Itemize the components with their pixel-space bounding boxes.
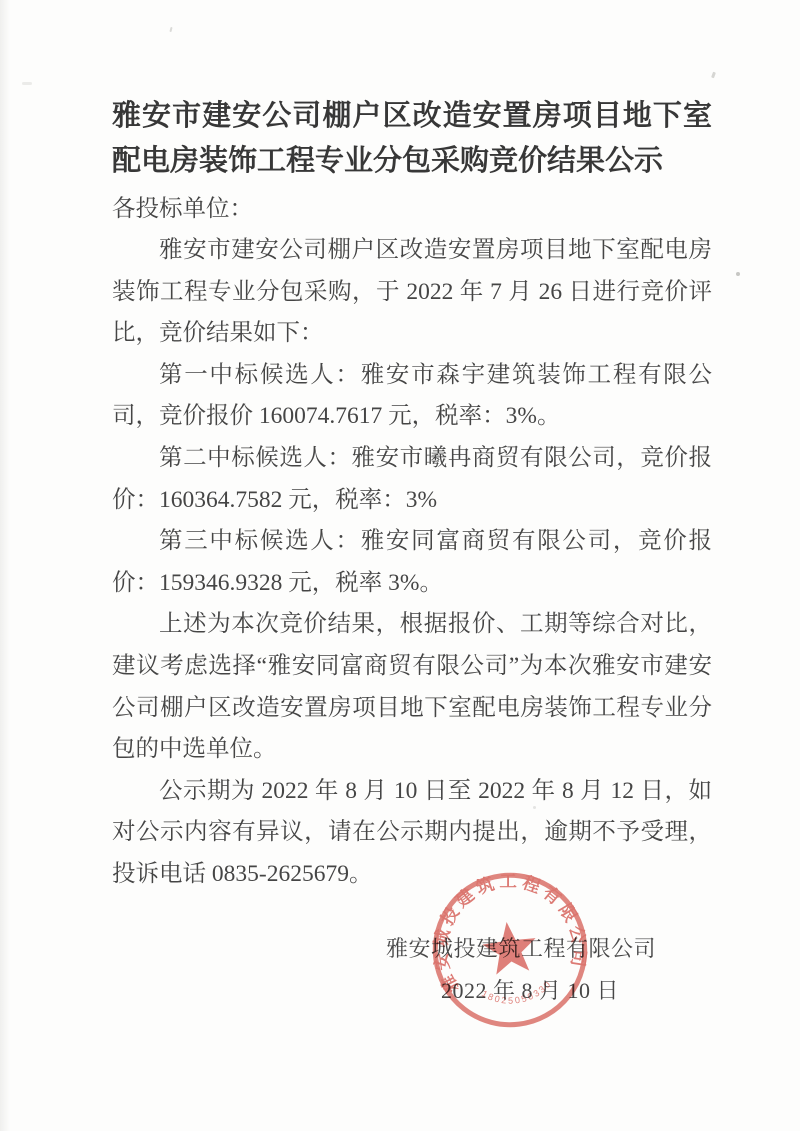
document-body: 雅安市建安公司棚户区改造安置房项目地下室配电房装饰工程专业分包采购竞价结果公示 …	[112, 94, 712, 896]
paragraph-candidate-2: 第二中标候选人：雅安市曦冉商贸有限公司，竞价报价：160364.7582 元，税…	[112, 438, 712, 521]
scan-artifact	[711, 72, 716, 79]
paragraph-intro: 雅安市建安公司棚户区改造安置房项目地下室配电房装饰工程专业分包采购，于 2022…	[112, 230, 712, 355]
scan-edge-shadow	[0, 0, 10, 1131]
paragraph-candidate-1: 第一中标候选人：雅安市森宇建筑装饰工程有限公司，竞价报价 160074.7617…	[112, 355, 712, 438]
document-title: 雅安市建安公司棚户区改造安置房项目地下室配电房装饰工程专业分包采购竞价结果公示	[112, 94, 712, 184]
document-page: 雅安市建安公司棚户区改造安置房项目地下室配电房装饰工程专业分包采购竞价结果公示 …	[0, 0, 800, 1131]
paragraph-candidate-3: 第三中标候选人：雅安同富商贸有限公司，竞价报价：159346.9328 元，税率…	[112, 521, 712, 604]
signature-company: 雅安城投建筑工程有限公司	[386, 932, 656, 963]
scan-artifact	[169, 27, 172, 32]
paragraph-conclusion: 上述为本次竞价结果，根据报价、工期等综合对比，建议考虑选择“雅安同富商贸有限公司…	[112, 604, 712, 770]
signature-date: 2022 年 8 月 10 日	[441, 974, 619, 1005]
scan-artifact	[533, 806, 536, 809]
scan-artifact	[22, 82, 32, 85]
scan-artifact	[736, 272, 740, 276]
paragraph-publicity-period: 公示期为 2022 年 8 月 10 日至 2022 年 8 月 12 日，如对…	[112, 771, 712, 896]
salutation: 各投标单位：	[112, 188, 712, 230]
